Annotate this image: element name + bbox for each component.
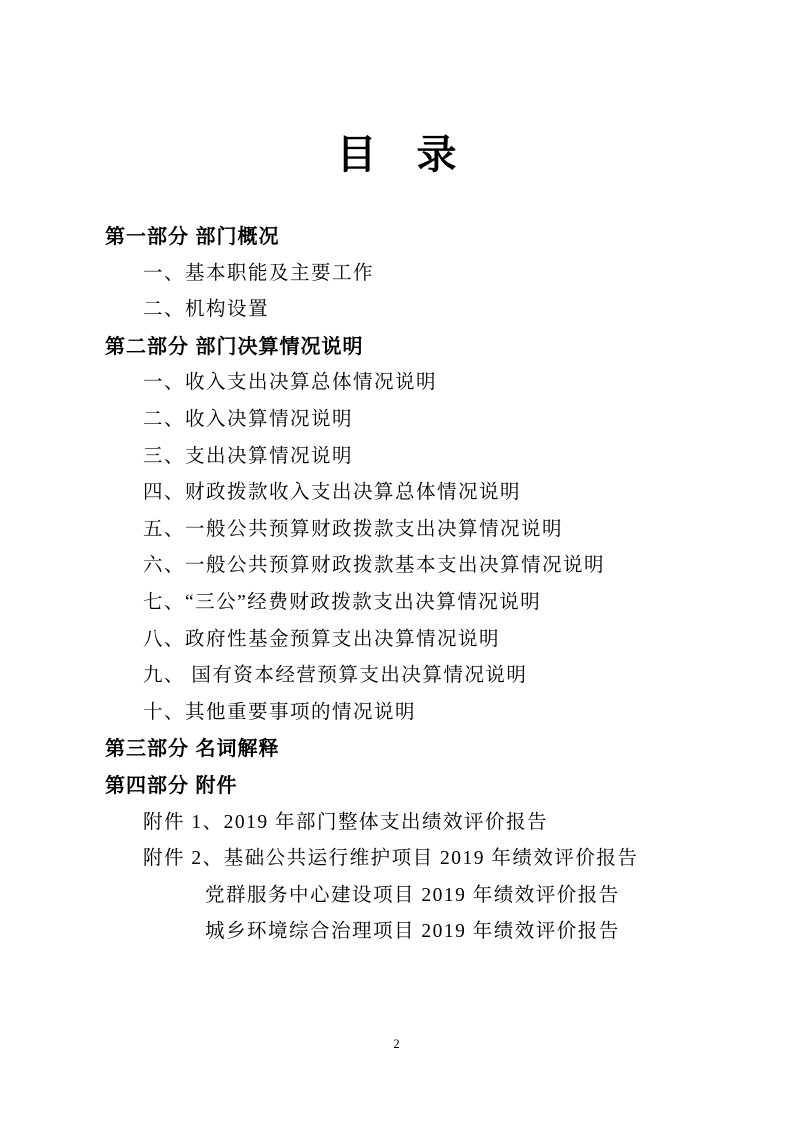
- toc-entry: 第一部分 部门概况: [0, 219, 793, 256]
- toc-entry: 第二部分 部门决算情况说明: [0, 329, 793, 366]
- toc-entry: 三、支出决算情况说明: [0, 439, 793, 476]
- toc-entry: 一、收入支出决算总体情况说明: [0, 365, 793, 402]
- toc-entry: 城乡环境综合治理项目 2019 年绩效评价报告: [0, 914, 793, 951]
- document-page: 目 录 第一部分 部门概况一、基本职能及主要工作二、机构设置第二部分 部门决算情…: [0, 0, 793, 1122]
- toc-entry: 附件 1、2019 年部门整体支出绩效评价报告: [0, 805, 793, 842]
- toc-entry: 二、机构设置: [0, 292, 793, 329]
- toc-entry: 二、收入决算情况说明: [0, 402, 793, 439]
- toc-entry: 附件 2、基础公共运行维护项目 2019 年绩效评价报告: [0, 841, 793, 878]
- toc-entry: 四、财政拨款收入支出决算总体情况说明: [0, 475, 793, 512]
- toc-entry: 七、“三公”经费财政拨款支出决算情况说明: [0, 585, 793, 622]
- toc-entry: 六、一般公共预算财政拨款基本支出决算情况说明: [0, 548, 793, 585]
- toc-entry: 十、其他重要事项的情况说明: [0, 695, 793, 732]
- toc-entry: 第三部分 名词解释: [0, 731, 793, 768]
- page-number: 2: [0, 1036, 793, 1052]
- toc-entry: 五、一般公共预算财政拨款支出决算情况说明: [0, 512, 793, 549]
- toc-entry: 第四部分 附件: [0, 768, 793, 805]
- toc-entry: 九、 国有资本经营预算支出决算情况说明: [0, 658, 793, 695]
- toc-entry: 一、基本职能及主要工作: [0, 256, 793, 293]
- table-of-contents: 第一部分 部门概况一、基本职能及主要工作二、机构设置第二部分 部门决算情况说明一…: [0, 219, 793, 951]
- toc-entry: 党群服务中心建设项目 2019 年绩效评价报告: [0, 878, 793, 915]
- page-title: 目 录: [0, 131, 793, 179]
- toc-entry: 八、政府性基金预算支出决算情况说明: [0, 622, 793, 659]
